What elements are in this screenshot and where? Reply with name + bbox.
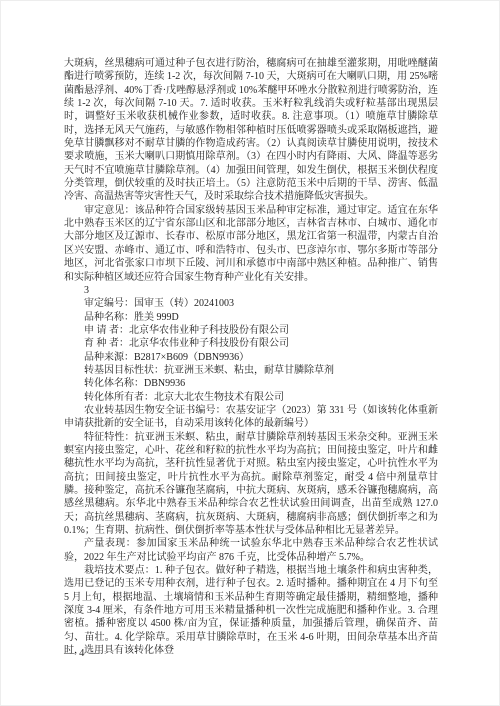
para-biosafety-certificate: 农业转基因生物安全证书编号：农基安证字（2023）第 331 号（如该转化体重新… xyxy=(64,404,438,431)
field-gm-target-traits: 转基因目标性状：抗亚洲玉米螟、粘虫，耐草甘膦除草剂 xyxy=(64,364,438,377)
page-number: — 4 — xyxy=(64,648,101,659)
entry-number: 3 xyxy=(64,284,438,297)
field-applicant: 申 请 者：北京华农伟业种子科技股份有限公司 xyxy=(64,324,438,337)
field-variety-source: 品种来源：B2817×B609（DBN9936） xyxy=(64,351,438,364)
para-disease-control-continued: 大斑病，丝黑穗病可通过种子包衣进行防治，穗腐病可在抽雄至灌浆期，用吡唑醚菌酯进行… xyxy=(64,57,438,204)
field-approval-number: 审定编号：国审玉（转）20241003 xyxy=(64,297,438,310)
para-review-opinion: 审定意见：该品种符合国家级转基因玉米品种审定标准，通过审定。适宜在东华北中熟春玉… xyxy=(64,204,438,284)
field-transformation-event-owner: 转化体所有者：北京大北农生物技术有限公司 xyxy=(64,391,438,404)
field-transformation-event-name: 转化体名称：DBN9936 xyxy=(64,377,438,390)
field-variety-name: 品种名称：胜美 999D xyxy=(64,311,438,324)
para-yield-performance: 产量表现：参加国家玉米品种统一试验东华北中熟春玉米品种综合农艺性状试验，2022… xyxy=(64,537,438,564)
field-breeder: 育 种 者：北京华农伟业种子科技股份有限公司 xyxy=(64,337,438,350)
para-characteristics: 特征特性：抗亚洲玉米螟、粘虫，耐草甘膦除草剂转基因玉米杂交种。亚洲玉米螟室内接虫… xyxy=(64,431,438,538)
para-cultivation-techniques: 栽培技术要点：1. 种子包衣。做好种子精选，根据当地土壤条件和病虫害种类，选用已… xyxy=(64,564,438,657)
document-text-block: 大斑病，丝黑穗病可通过种子包衣进行防治，穗腐病可在抽雄至灌浆期，用吡唑醚菌酯进行… xyxy=(64,57,438,657)
document-page: 大斑病，丝黑穗病可通过种子包衣进行防治，穗腐病可在抽雄至灌浆期，用吡唑醚菌酯进行… xyxy=(0,0,500,706)
